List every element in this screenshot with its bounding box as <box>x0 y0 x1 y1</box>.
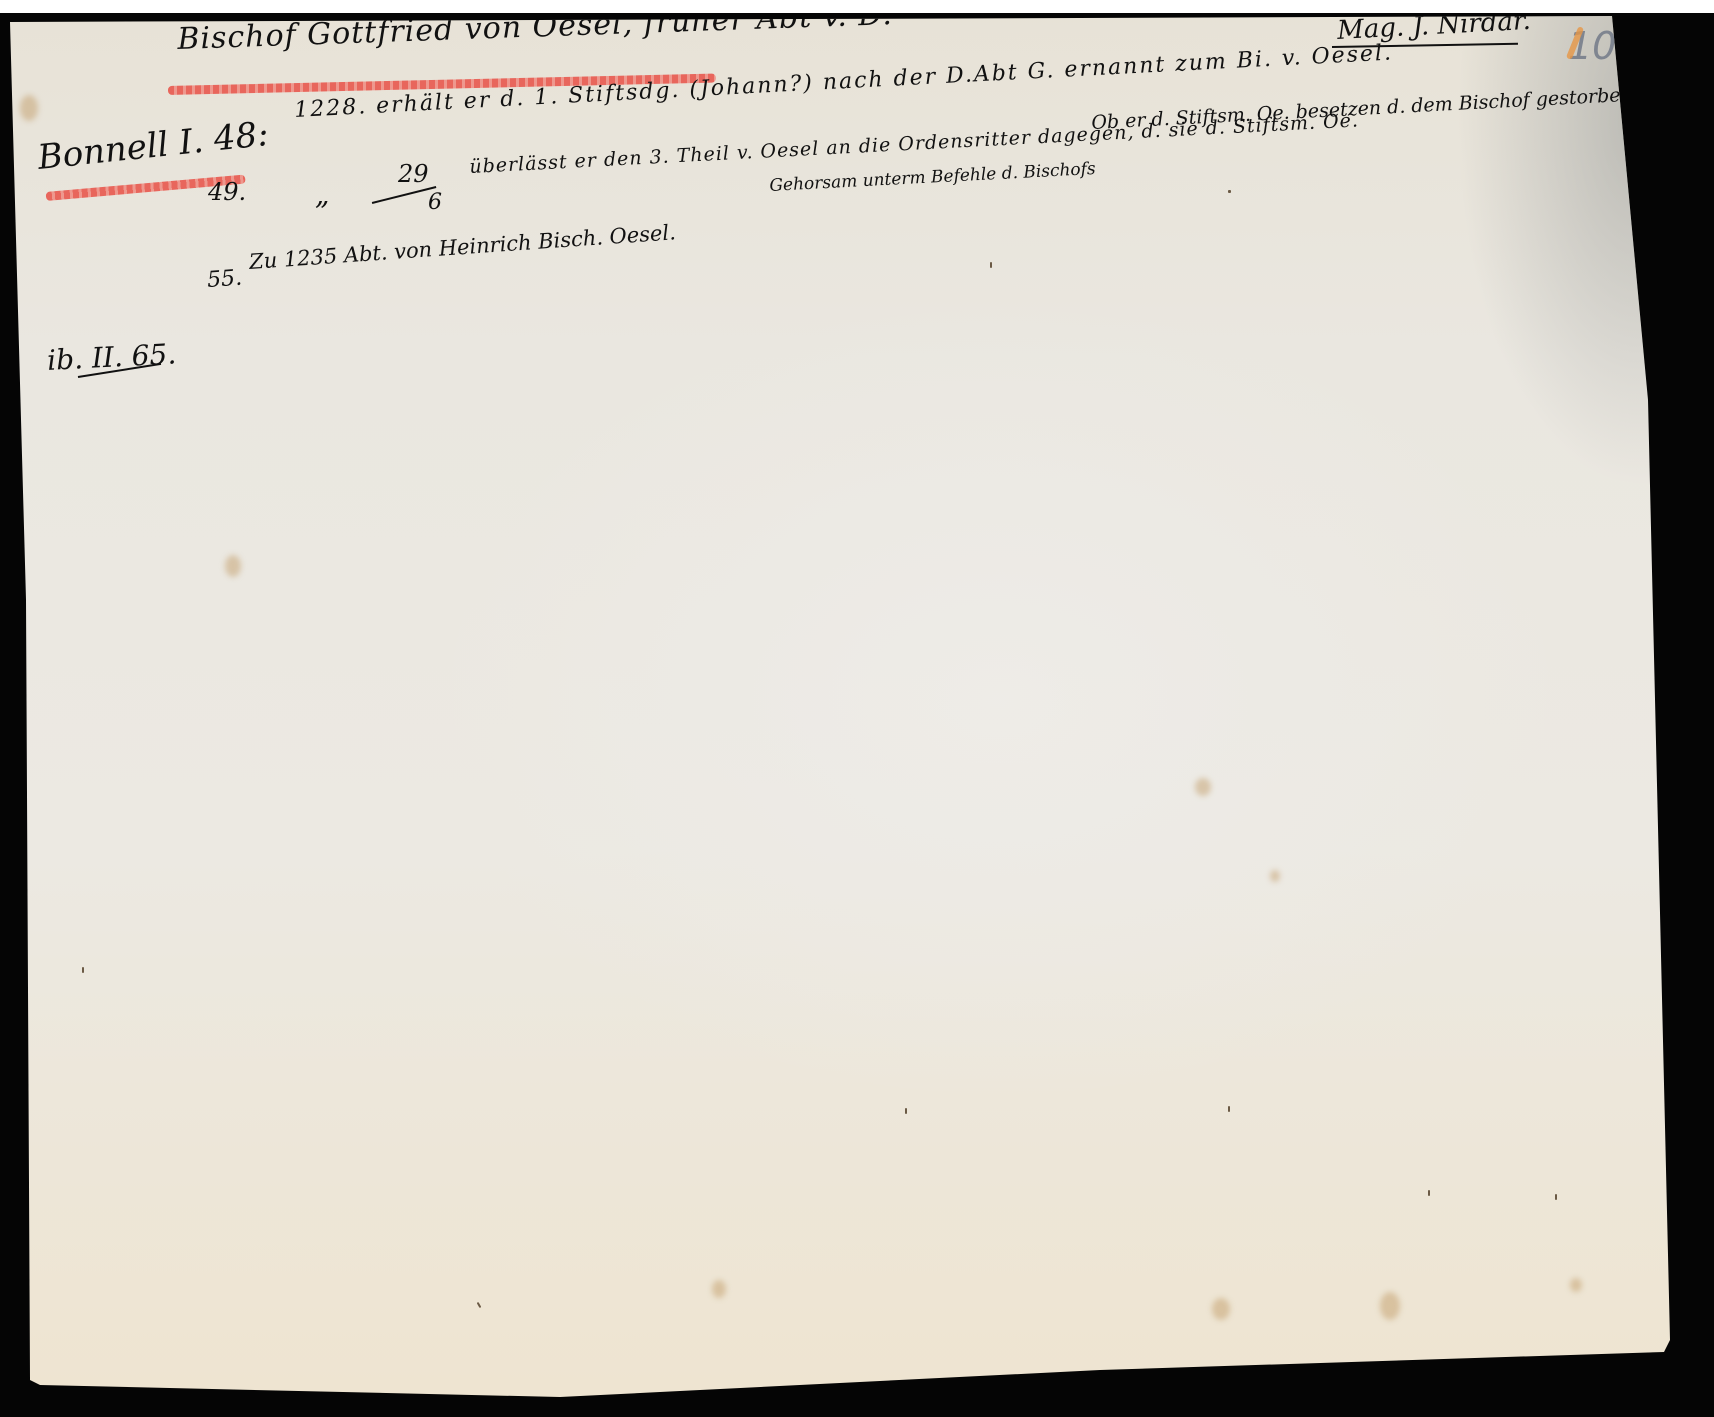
paper-speck <box>905 1108 907 1114</box>
foxing-stain <box>1195 778 1211 796</box>
paper-speck <box>1228 190 1231 193</box>
paper-speck <box>1228 1106 1230 1112</box>
scan-top-margin <box>0 0 1714 13</box>
manuscript-page: Bischof Gottfried von Oesel, früher Abt … <box>0 0 1714 1417</box>
entry-3-line: Zu 1235 Abt. von Heinrich Bisch. Oesel. <box>248 220 676 274</box>
paper-speck <box>1555 1194 1557 1200</box>
entry-2-ditto: „ <box>315 178 330 211</box>
foxing-stain <box>712 1280 726 1298</box>
foxing-stain <box>1570 1278 1582 1292</box>
paper-speck <box>1428 1190 1430 1196</box>
fraction-bar <box>372 186 436 203</box>
entry-2-continuation: Gehorsam unterm Befehle d. Bischofs <box>769 159 1096 196</box>
foxing-stain <box>225 555 241 577</box>
foxing-stain <box>1212 1298 1230 1320</box>
foxing-stain <box>20 95 38 121</box>
entry-3-number: 55. <box>206 266 243 293</box>
reference-left: Bonnell I. 48: <box>36 114 271 178</box>
entry-2-fraction-num: 29 <box>398 160 429 188</box>
paper-speck <box>82 967 84 973</box>
entry-2-fraction-den: 6 <box>428 190 442 215</box>
paper-speck <box>477 1302 482 1308</box>
foxing-stain <box>1270 870 1280 882</box>
paper-speck <box>990 262 992 268</box>
foxing-stain <box>1380 1292 1400 1320</box>
entry-2-number: 49. <box>208 178 246 206</box>
page-number: 10 <box>1568 24 1616 68</box>
